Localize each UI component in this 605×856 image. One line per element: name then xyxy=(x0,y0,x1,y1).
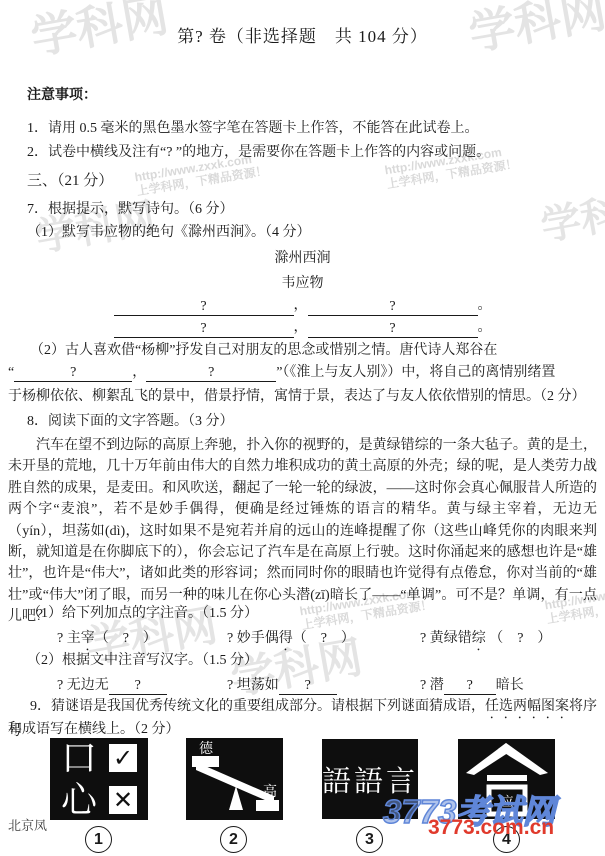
hanzi-item: ? 潜?暗长 xyxy=(420,674,524,695)
item-pre: ? 主 xyxy=(57,631,81,646)
notice-item-2: 2．试卷中横线及注有“? ”的地方，是需要你在答题卡上作答的内容或问题。 xyxy=(27,143,490,163)
item-post: （ ? ） xyxy=(293,631,355,646)
item-post: （ ? ） xyxy=(486,631,552,646)
q8-sub2-stem: （2）根据文中注音写汉字。（1.5 分） xyxy=(27,651,258,671)
checked-box-icon: ✓ xyxy=(109,744,137,772)
poem-period: 。 xyxy=(478,318,492,338)
corner-watermark: 北京凤 xyxy=(8,815,47,834)
item-pre: ? 潜 xyxy=(420,678,444,693)
answer-blank: ? xyxy=(14,364,132,382)
poem-blank: ? xyxy=(308,298,478,316)
q8-sub1-items: ? 主宰（ ? ） ? 妙手偶得（ ? ） ? 黄绿错综 （ ? ） xyxy=(0,627,605,649)
q7-part2-tail: ”（《淮上与友人别》）中，将自己的离情别绪置 xyxy=(276,365,555,380)
item-pre: ? 黄绿错 xyxy=(420,631,472,646)
seesaw-high-label: 德 xyxy=(199,741,214,757)
item-pre: ? 妙手偶 xyxy=(227,631,279,646)
q9-line1-pre: 9．猜谜语是我国优秀传统文化的重要组成部分。请根据下列谜面猜成语， xyxy=(30,699,485,714)
item-post: 暗长 xyxy=(496,678,524,693)
item-pre: ? 坦荡如 xyxy=(227,678,279,693)
pinyin-item: ? 黄绿错综 （ ? ） xyxy=(420,627,551,654)
poem-title: 滁州西涧 xyxy=(0,249,605,269)
answer-blank: ? xyxy=(109,677,167,695)
riddle-number-1: 1 xyxy=(85,826,112,853)
answer-blank: ? xyxy=(146,364,276,382)
poem-line-2: ?，?。 xyxy=(0,318,605,338)
riddle1-char-xin: 心 xyxy=(61,782,97,818)
q8-passage: 汽车在望不到边际的高原上奔驰，扑入你的视野的，是黄绿错综的一条大毡子。黄的是土，… xyxy=(8,435,597,628)
q7-part2-line1: （2）古人喜欢借“杨柳”抒发自己对朋友的思念或惜别之情。唐代诗人郑谷在 xyxy=(30,341,497,361)
answer-blank: ? xyxy=(279,677,337,695)
exam-page: 学科网 学科网 学科网 学科网 学科网 学科网 http://www.zxxk.… xyxy=(0,0,605,856)
pinyin-item: ? 妙手偶得（ ? ） xyxy=(227,627,355,654)
q8-sub1-stem: （1）给下列加点的字注音。（1.5 分） xyxy=(27,604,258,624)
section-heading: 三、（21 分） xyxy=(27,171,113,191)
poem-comma: ， xyxy=(294,318,308,338)
poem-blank: ? xyxy=(114,320,294,338)
q7-stem: 7．根据提示，默写诗句。（6 分） xyxy=(27,200,234,220)
q9-line1-dotted: 任选两幅图案 xyxy=(485,699,569,714)
item-pre: ? 无边无 xyxy=(57,678,109,693)
dotted-char: 得 xyxy=(279,631,293,646)
q9-line2: 和成语写在横线上。（2 分） xyxy=(8,720,180,740)
riddle-image-1: 口 ✓ 心 ✕ xyxy=(50,738,148,820)
riddle1-char-kou: 口 xyxy=(61,740,97,776)
dotted-char: 综 xyxy=(472,631,486,646)
crossed-box-icon: ✕ xyxy=(109,786,137,814)
poem-line-1: ?，?。 xyxy=(0,296,605,316)
q7-part1-stem: （1）默写韦应物的绝句《滁州西涧》。（4 分） xyxy=(27,223,311,243)
poem-author: 韦应物 xyxy=(0,274,605,294)
item-post: （ ? ） xyxy=(95,631,157,646)
riddle-number-3: 3 xyxy=(356,826,383,853)
watermark-slogan-text: 上学科网，下精品资源！ xyxy=(136,164,269,198)
poem-comma: ， xyxy=(294,296,308,316)
page-title: 第? 卷（非选择题 共 104 分） xyxy=(0,22,605,47)
dotted-char: 宰 xyxy=(81,631,95,646)
q7-part2-line2: “?，?”（《淮上与友人别》）中，将自己的离情别绪置 xyxy=(8,363,555,383)
seesaw-low-label: 高 xyxy=(263,783,277,800)
seesaw-icon: 德 高 xyxy=(186,738,283,820)
hanzi-item: ? 坦荡如? xyxy=(227,674,337,695)
notice-item-1: 1．请用 0.5 毫米的黑色墨水签字笔在答题卡上作答，不能答在此试卷上。 xyxy=(27,119,479,139)
poem-blank: ? xyxy=(114,298,294,316)
q8-sub2-items: ? 无边无? ? 坦荡如? ? 潜?暗长 xyxy=(0,674,605,696)
poem-blank: ? xyxy=(308,320,478,338)
q7-part2-line3: 于杨柳依依、柳絮乱飞的景中，借景抒情，寓情于景，表达了与友人依依惜别的情思。（2… xyxy=(8,387,586,407)
poem-period: 。 xyxy=(478,296,492,316)
comma: ， xyxy=(132,365,146,380)
riddle-image-2: 德 高 xyxy=(186,738,283,820)
q8-stem: 8．阅读下面的文字答题。（3 分） xyxy=(27,412,234,432)
watermark-zxxk-logo: 学科网 xyxy=(536,175,605,252)
hanzi-item: ? 无边无? xyxy=(57,674,167,695)
answer-blank: ? xyxy=(444,677,496,695)
riddle-number-2: 2 xyxy=(220,826,247,853)
pinyin-item: ? 主宰（ ? ） xyxy=(57,627,157,654)
notice-heading: 注意事项： xyxy=(27,84,97,104)
watermark-3773-url: 3773.com.cn xyxy=(428,816,554,840)
